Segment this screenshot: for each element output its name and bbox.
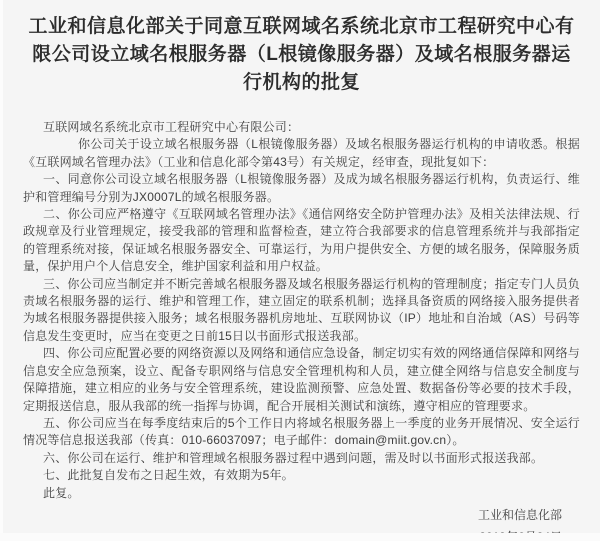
paragraph-item-7: 七、此批复自发布之日起生效，有效期为5年。 — [23, 467, 580, 484]
salutation: 互联网域名系统北京市工程研究中心有限公司： — [23, 119, 580, 136]
paragraph-item-2: 二、你公司应严格遵守《互联网域名管理办法》《通信网络安全防护管理办法》及相关法律… — [23, 206, 580, 276]
document-body: 互联网域名系统北京市工程研究中心有限公司： 你公司关于设立域名根服务器（L根镜像… — [23, 119, 580, 502]
paragraph-item-6: 六、你公司在运行、维护和管理域名根服务器过程中遇到问题，需及时以书面形式报送我部… — [23, 450, 580, 467]
paragraph-item-4: 四、你公司应配置必要的网络资源以及网络和通信应急设备，制定切实有效的网络通信保障… — [23, 345, 580, 415]
paragraph-item-1: 一、同意你公司设立域名根服务器（L根镜像服务器）及成为域名根服务器运行机构，负责… — [23, 171, 580, 206]
paragraph-item-5: 五、你公司应当在每季度结束后的5个工作日内将域名根服务器上一季度的业务开展情况、… — [23, 415, 580, 450]
paragraph-item-3: 三、你公司应当制定并不断完善域名根服务器及域名根服务器运行机构的管理制度；指定专… — [23, 276, 580, 346]
page-bottom-edge — [0, 533, 600, 541]
paragraph-intro: 你公司关于设立域名根服务器（L根镜像服务器）及域名根服务器运行机构的申请收悉。根… — [23, 136, 580, 171]
signature-organization: 工业和信息化部 — [23, 504, 562, 526]
document-title: 工业和信息化部关于同意互联网域名系统北京市工程研究中心有限公司设立域名根服务器（… — [23, 13, 580, 97]
paragraph-closing: 此复。 — [23, 485, 580, 502]
document-page: 工业和信息化部关于同意互联网域名系统北京市工程研究中心有限公司设立域名根服务器（… — [0, 0, 600, 541]
